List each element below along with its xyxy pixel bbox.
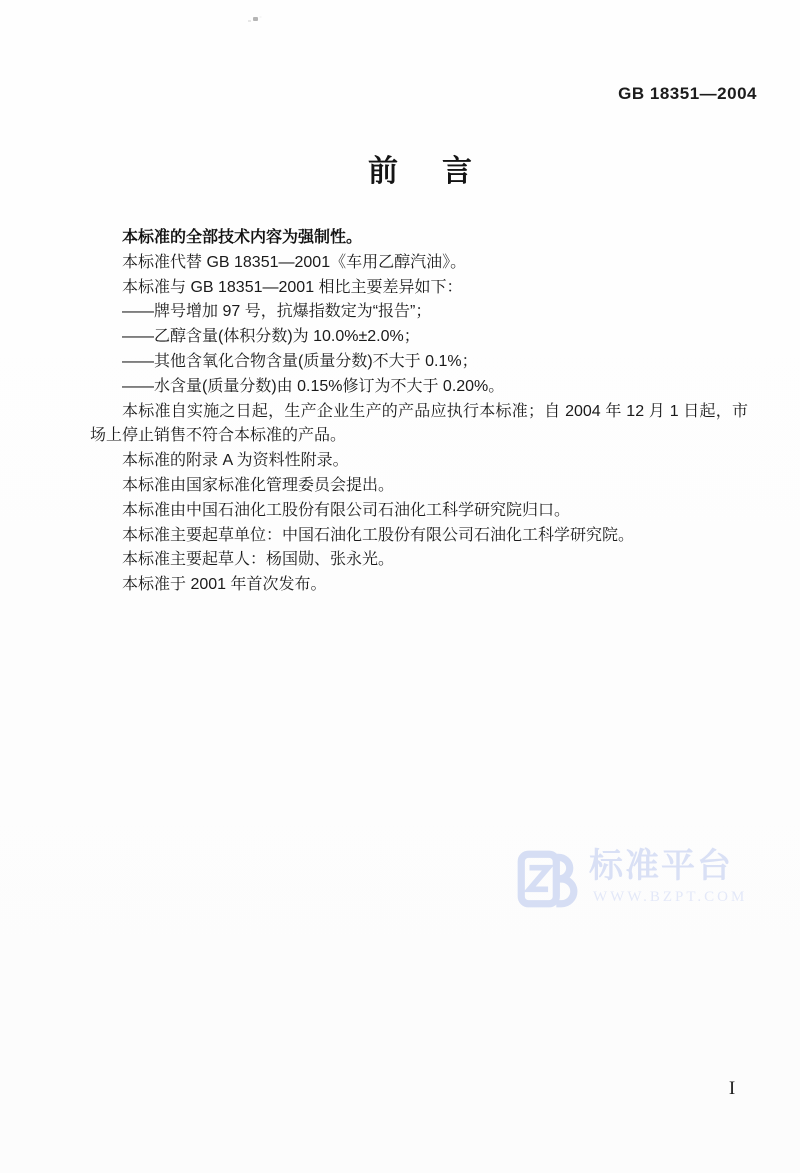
- foreword-paragraph: 本标准的全部技术内容为强制性。: [90, 226, 748, 251]
- scan-artifact: [253, 17, 258, 21]
- foreword-paragraph: ——乙醇含量(体积分数)为 10.0%±2.0%；: [90, 325, 748, 350]
- watermark-name: 标准平台: [589, 846, 747, 886]
- foreword-paragraph: ——其他含氧化合物含量(质量分数)不大于 0.1%；: [90, 350, 748, 375]
- foreword-title: 前 言: [90, 146, 750, 190]
- standard-code: GB 18351—2004: [618, 84, 757, 104]
- watermark: 标准平台 WWW.BZPT.COM: [513, 846, 747, 912]
- foreword-title-char: 前: [368, 146, 398, 190]
- foreword-paragraph: 本标准与 GB 18351—2001 相比主要差异如下：: [90, 276, 748, 301]
- foreword-paragraph: 本标准主要起草人：杨国勋、张永光。: [90, 548, 748, 573]
- foreword-paragraph: 本标准于 2001 年首次发布。: [90, 573, 748, 598]
- foreword-paragraph: 本标准的附录 A 为资料性附录。: [90, 449, 748, 474]
- foreword-paragraph: ——水含量(质量分数)由 0.15%修订为不大于 0.20%。: [90, 375, 748, 400]
- foreword-paragraph: 本标准代替 GB 18351—2001《车用乙醇汽油》。: [90, 251, 748, 276]
- document-page: GB 18351—2004 前 言 本标准的全部技术内容为强制性。 本标准代替 …: [0, 0, 800, 1173]
- foreword-body: 本标准的全部技术内容为强制性。 本标准代替 GB 18351—2001《车用乙醇…: [90, 226, 748, 598]
- bz-logo-icon: [513, 846, 579, 912]
- foreword-paragraph: ——牌号增加 97 号，抗爆指数定为“报告”；: [90, 300, 748, 325]
- foreword-paragraph: 本标准自实施之日起，生产企业生产的产品应执行本标准；自 2004 年 12 月 …: [90, 400, 748, 450]
- foreword-paragraph: 本标准主要起草单位：中国石油化工股份有限公司石油化工科学研究院。: [90, 524, 748, 549]
- page-number: I: [720, 1078, 744, 1100]
- foreword-title-char: 言: [442, 146, 472, 190]
- watermark-url: WWW.BZPT.COM: [593, 886, 747, 908]
- foreword-paragraph: 本标准由中国石油化工股份有限公司石油化工科学研究院归口。: [90, 499, 748, 524]
- watermark-text: 标准平台 WWW.BZPT.COM: [589, 846, 747, 908]
- foreword-paragraph: 本标准由国家标准化管理委员会提出。: [90, 474, 748, 499]
